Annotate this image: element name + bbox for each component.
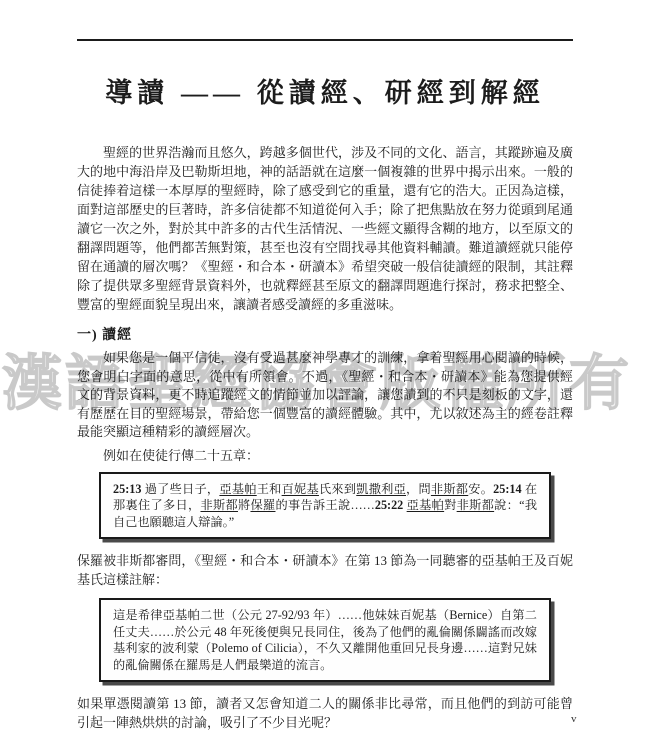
scripture-quote-text: 25:13 過了些日子，亞基帕王和百妮基氏來到凱撒利亞，問非斯都安。25:14 … [113, 481, 537, 531]
intro-paragraph: 聖經的世界浩瀚而且悠久，跨越多個世代，涉及不同的文化、語言，其蹤跡遍及廣大的地中… [77, 143, 573, 314]
scanned-book-page: 漢語聖經協會版權所有 導讀 —— 從讀經、研經到解經 聖經的世界浩瀚而且悠久，跨… [0, 0, 650, 750]
commentary-note-box: 這是希律亞基帕二世（公元 27-92/93 年）……他妹妹百妮基（Bernice… [99, 598, 551, 682]
page-title: 導讀 —— 從讀經、研經到解經 [77, 77, 573, 110]
page-content-column: 導讀 —— 從讀經、研經到解經 聖經的世界浩瀚而且悠久，跨越多個世代，涉及不同的… [77, 0, 573, 732]
header-rule [77, 39, 573, 41]
commentary-note-text: 這是希律亞基帕二世（公元 27-92/93 年）……他妹妹百妮基（Bernice… [113, 607, 537, 673]
scripture-quote-box: 25:13 過了些日子，亞基帕王和百妮基氏來到凱撒利亞，問非斯都安。25:14 … [99, 472, 551, 540]
section-heading-reading: 一) 讀經 [77, 324, 573, 344]
section-body-paragraph: 如果您是一個平信徒，沒有受過甚麼神學專才的訓練，拿着聖經用心閱讀的時候，您會明白… [77, 349, 573, 442]
example-lead-line: 例如在使徒行傳二十五章： [77, 446, 573, 465]
page-number: v [571, 713, 577, 725]
closing-paragraph: 如果單憑閱讀第 13 節，讀者又怎會知道二人的關係非比尋常，而且他們的到訪可能曾… [77, 694, 573, 732]
commentary-lead-paragraph: 保羅被非斯都審問，《聖經・和合本・研讀本》在第 13 節為一同聽審的亞基帕王及百… [77, 551, 573, 589]
